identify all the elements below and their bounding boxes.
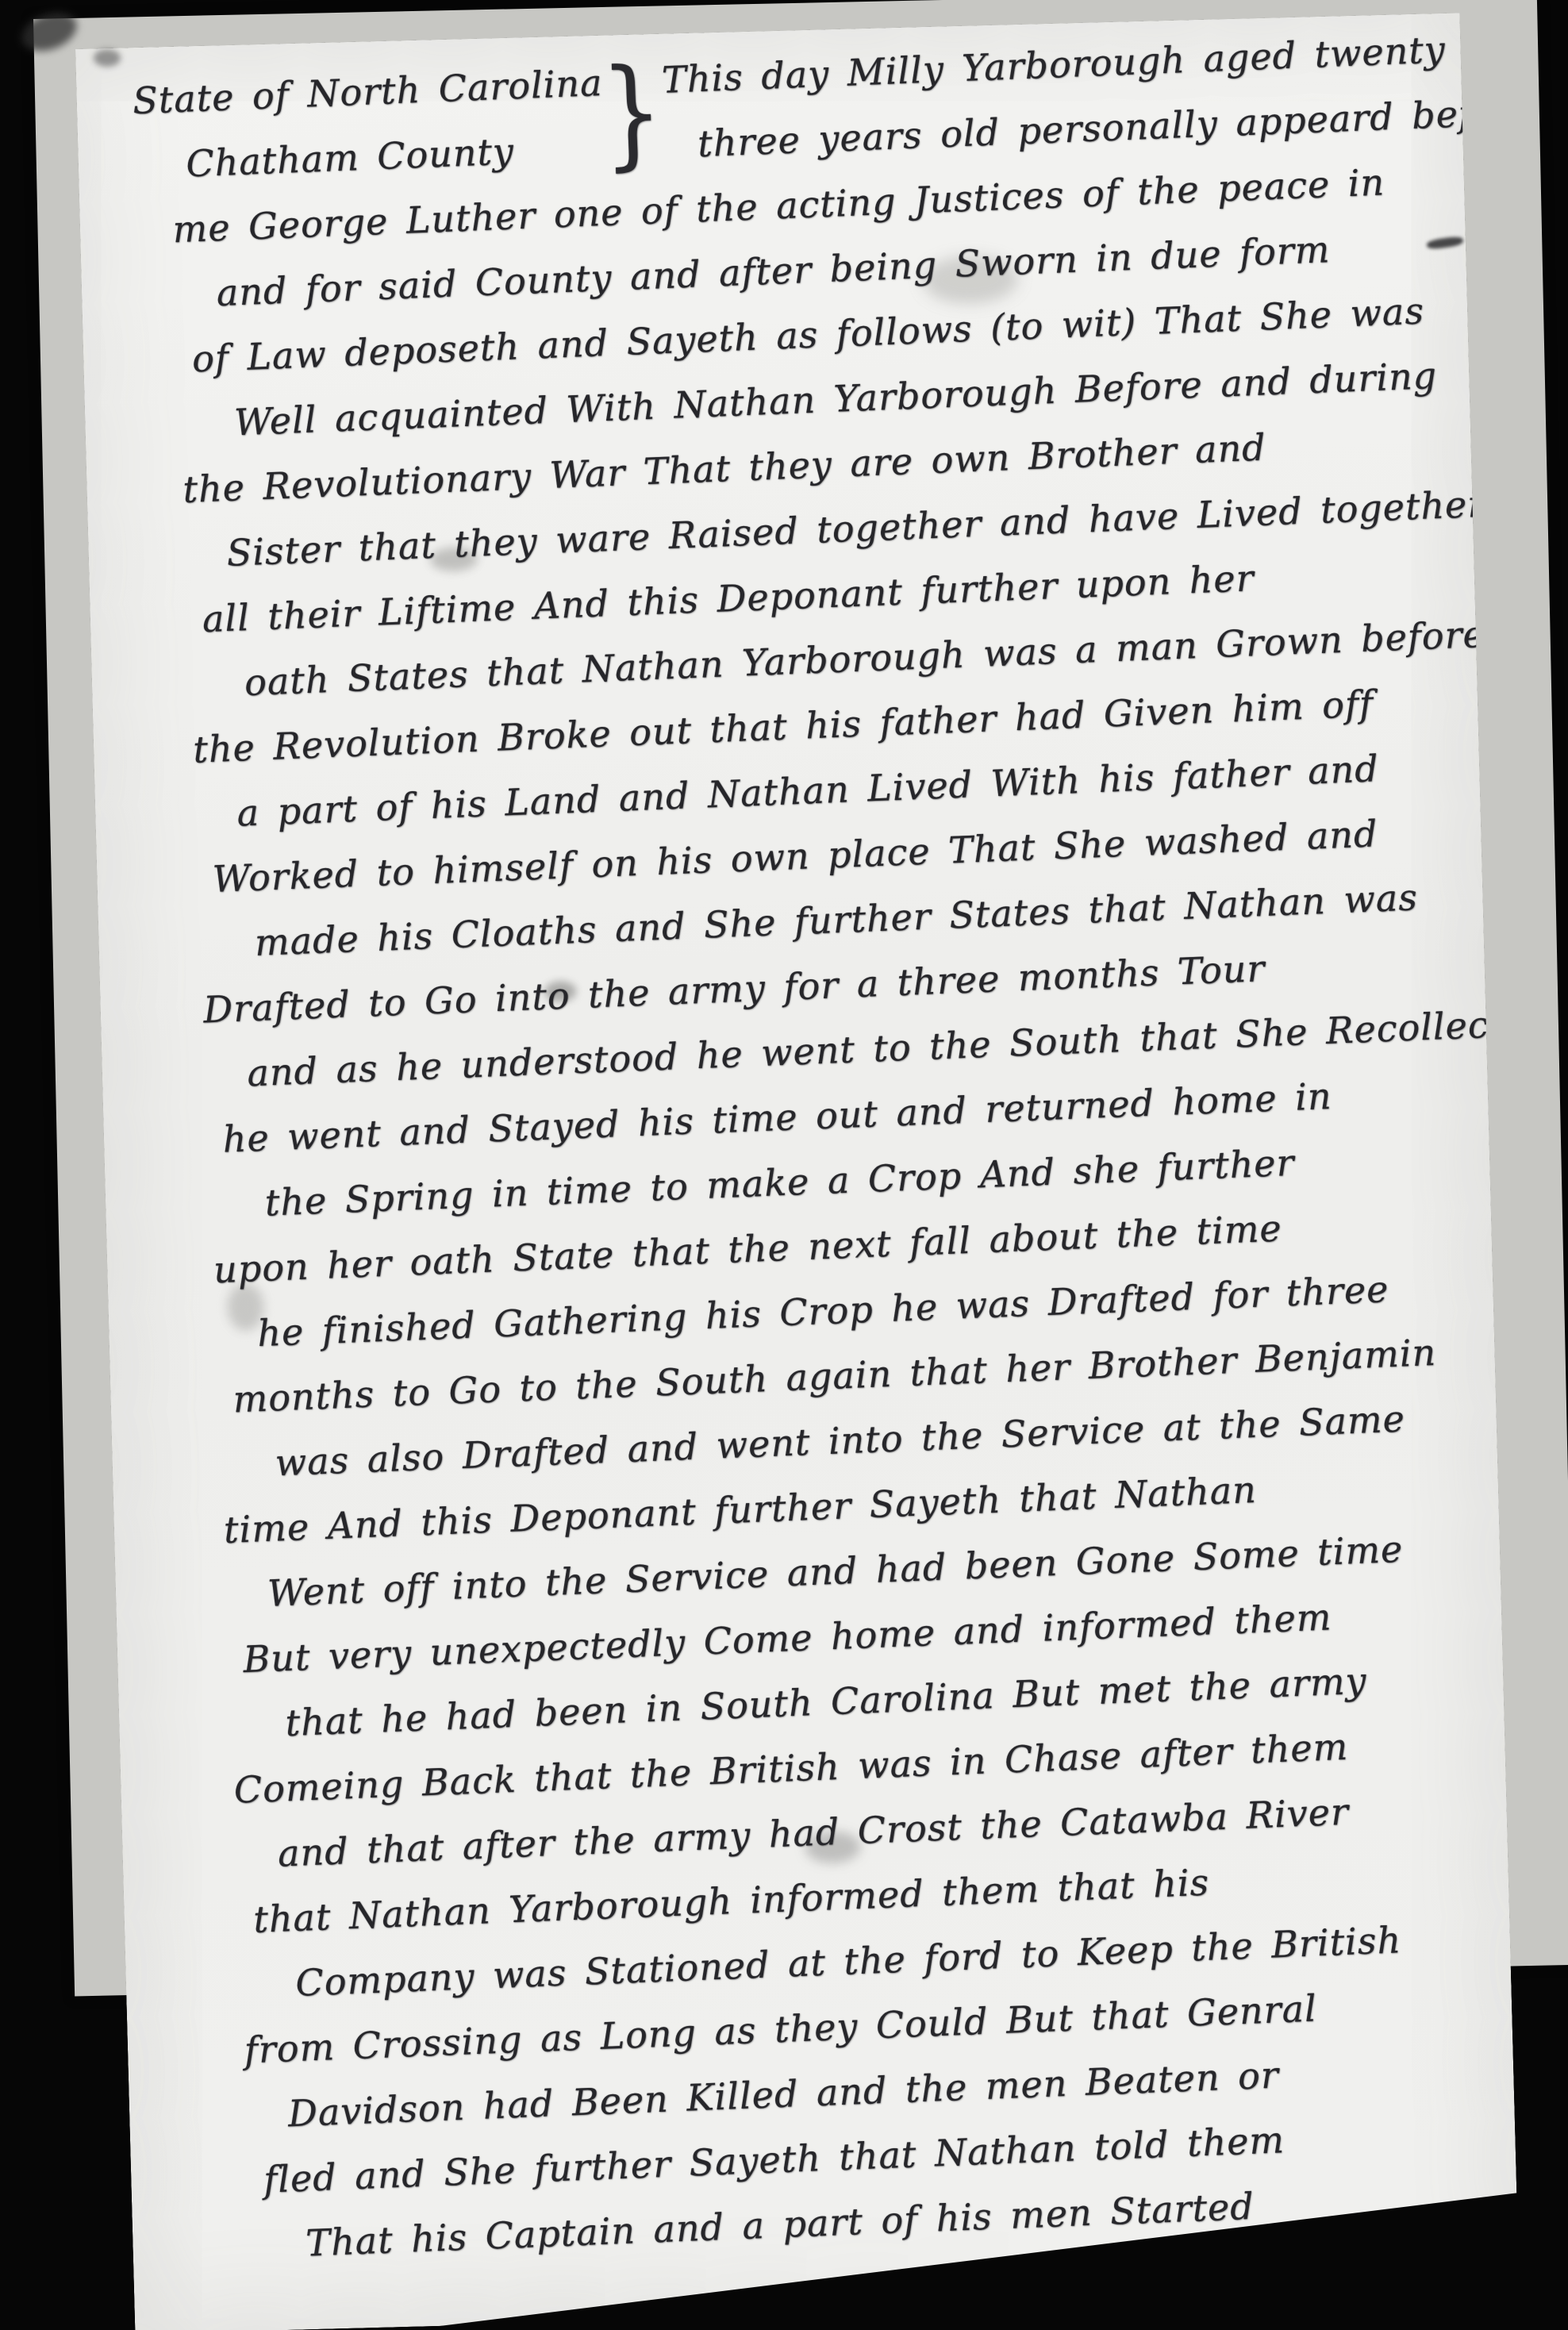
brace-mark: }	[598, 31, 666, 196]
place-heading: State of North Carolina Chatham County	[132, 50, 605, 198]
manuscript-page: State of North Carolina Chatham County }…	[75, 13, 1520, 2330]
scan-background: State of North Carolina Chatham County }…	[0, 0, 1568, 2330]
manuscript-text: State of North Carolina Chatham County }…	[132, 17, 1520, 2330]
manuscript-body: me George Luther one of the acting Justi…	[136, 148, 1518, 2279]
